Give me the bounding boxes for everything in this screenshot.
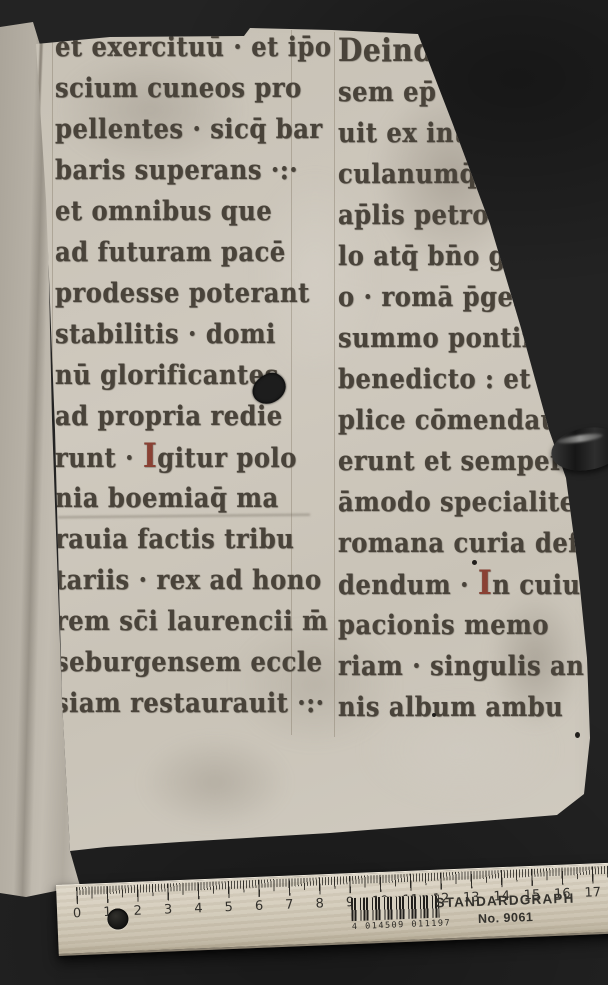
- manuscript-line: prodesse poterant: [55, 270, 307, 315]
- ruler-number: 17: [584, 885, 601, 901]
- manuscript-line: pacionis memo: [338, 602, 600, 647]
- glass-highlight: [557, 432, 604, 445]
- manuscript-line: ad futuram pacē: [55, 229, 307, 274]
- manuscript-line: scium cuneos pro: [55, 65, 307, 110]
- manuscript-line: lo atq̄ bn̄o gre: [338, 233, 600, 278]
- ruler-number: 5: [224, 900, 233, 915]
- manuscript-line: stabilitis · domi: [55, 311, 307, 356]
- ruler-number: 2: [133, 904, 142, 919]
- ruler-number: 3: [164, 902, 173, 917]
- manuscript-line: baris superans ·:·: [55, 147, 307, 192]
- manuscript-line: nis album ambu: [338, 684, 600, 729]
- manuscript-line: pellentes · sicq̄ bar: [55, 106, 307, 151]
- manuscript-leaf: et exercituū · et ip̄oscium cuneos prope…: [0, 0, 608, 985]
- manuscript-line: culanumq̄: [338, 151, 600, 196]
- manuscript-line: seburgensem eccle: [55, 639, 307, 684]
- manuscript-line: et exercituū · et ip̄o: [55, 24, 307, 69]
- ink-speck: [432, 713, 436, 717]
- ruler-number: 4: [194, 901, 203, 916]
- manuscript-line: rem sc̄i laurencii m̄: [55, 598, 307, 643]
- text-column-right: Deinde tsem ep̄ anuit ex integculanumq̄a…: [338, 30, 608, 727]
- ruler-number: 0: [73, 906, 82, 921]
- ruler-hole: [107, 908, 129, 930]
- ruler-number: 6: [255, 899, 264, 914]
- manuscript-line: et omnibus que: [55, 188, 307, 233]
- manuscript-line: riam · singulis an: [338, 643, 600, 688]
- ink-speck: [575, 732, 580, 738]
- ink-speck: [472, 560, 477, 565]
- ruler-brand-block: STANDARDGRAPH No. 9061: [425, 890, 586, 928]
- ruler-model: No. 9061: [425, 908, 585, 928]
- manuscript-line: dendum · In cuius: [338, 561, 600, 606]
- ruler-number: 7: [285, 897, 294, 912]
- manuscript-line: nia boemiaq̄ ma: [55, 475, 307, 520]
- ruling-line: [334, 32, 335, 737]
- parchment-stain: [140, 735, 290, 830]
- manuscript-line: tariis · rex ad hono: [55, 557, 307, 602]
- manuscript-line: o · romā p̄gen: [338, 274, 600, 319]
- manuscript-line: runt · Igitur polo: [55, 434, 307, 479]
- manuscript-line: ap̄lis petro e: [338, 192, 600, 237]
- manuscript-line: siam restaurauit ·:·: [55, 680, 307, 725]
- manuscript-line: benedicto : et sedi a: [338, 356, 600, 401]
- manuscript-line: plice cōmendauit: [338, 397, 600, 442]
- manuscript-line: rauia factis tribu: [55, 516, 307, 561]
- manuscript-line: romana curia defe: [338, 520, 600, 565]
- manuscript-line: Deinde t: [338, 28, 600, 73]
- photo-stage: et exercituū · et ip̄oscium cuneos prope…: [0, 0, 608, 985]
- manuscript-line: summo pontifi: [338, 315, 600, 360]
- ruler-number: 8: [315, 896, 324, 911]
- manuscript-line: uit ex integ: [338, 110, 600, 155]
- manuscript-line: sem ep̄ an: [338, 69, 600, 114]
- manuscript-line: āmodo specialiter a: [338, 479, 600, 524]
- ruler: 01234567891011121314151617 4 014509 0111…: [56, 861, 608, 956]
